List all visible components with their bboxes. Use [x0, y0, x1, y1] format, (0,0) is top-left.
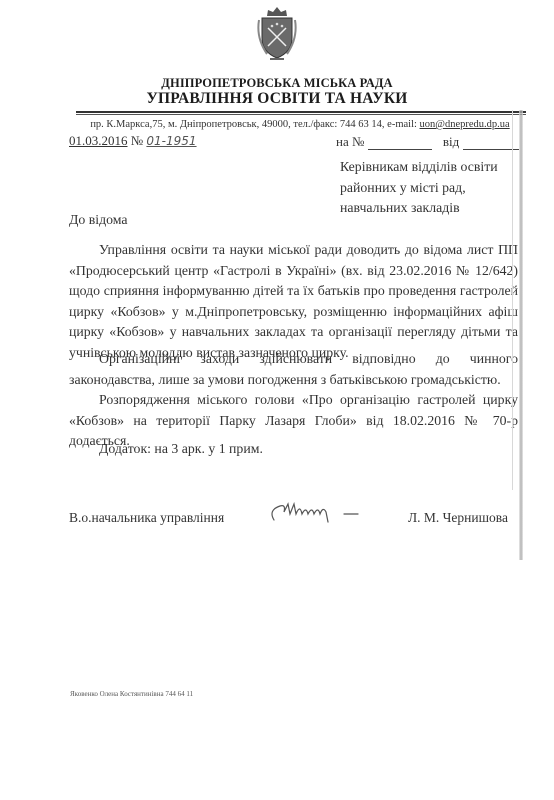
executor-contact: Яковенко Олена Костянтинівна 744 64 11 [70, 690, 193, 698]
attachment-note: Додаток: на 3 арк. у 1 прим. [99, 441, 263, 457]
organization-name: ДНІПРОПЕТРОВСЬКА МІСЬКА РАДА [0, 76, 554, 91]
header-divider [76, 111, 526, 113]
scan-artifact-line [512, 110, 513, 490]
ref-date-blank [463, 137, 519, 150]
ref-number-blank [368, 137, 432, 150]
reference-line: на № від [336, 134, 519, 150]
addressee-line: районних у місті рад, [340, 178, 498, 199]
letter-number: 01-1951 [146, 134, 196, 148]
addressee-block: Керівникам відділів освіти районних у мі… [340, 157, 498, 219]
number-label: № [131, 133, 143, 148]
body-paragraph: Організаційні заходи здійснювати відпові… [69, 349, 518, 390]
signature-icon [268, 498, 368, 528]
subject-heading: До відома [69, 212, 128, 228]
letter-date: 01.03.2016 [69, 133, 128, 148]
signatory-name: Л. М. Чернишова [408, 510, 508, 526]
coat-of-arms-icon [256, 6, 298, 64]
registration-line: 01.03.2016 № 01-1951 [69, 133, 197, 149]
scan-artifact-bar [519, 110, 523, 560]
ref-date-label: від [443, 134, 459, 149]
body-paragraph: Управління освіти та науки міської ради … [69, 240, 518, 363]
addressee-line: Керівникам відділів освіти [340, 157, 498, 178]
signatory-title: В.о.начальника управління [69, 510, 224, 526]
department-name: УПРАВЛІННЯ ОСВІТИ ТА НАУКИ [0, 90, 554, 108]
contact-address: пр. К.Маркса,75, м. Дніпропетровськ, 490… [0, 119, 554, 130]
header-divider-thin [76, 114, 526, 115]
addressee-line: навчальних закладів [340, 198, 498, 219]
email-link[interactable]: uon@dnepredu.dp.ua [420, 119, 510, 130]
ref-number-label: на № [336, 134, 364, 149]
address-text: пр. К.Маркса,75, м. Дніпропетровськ, 490… [90, 119, 419, 130]
